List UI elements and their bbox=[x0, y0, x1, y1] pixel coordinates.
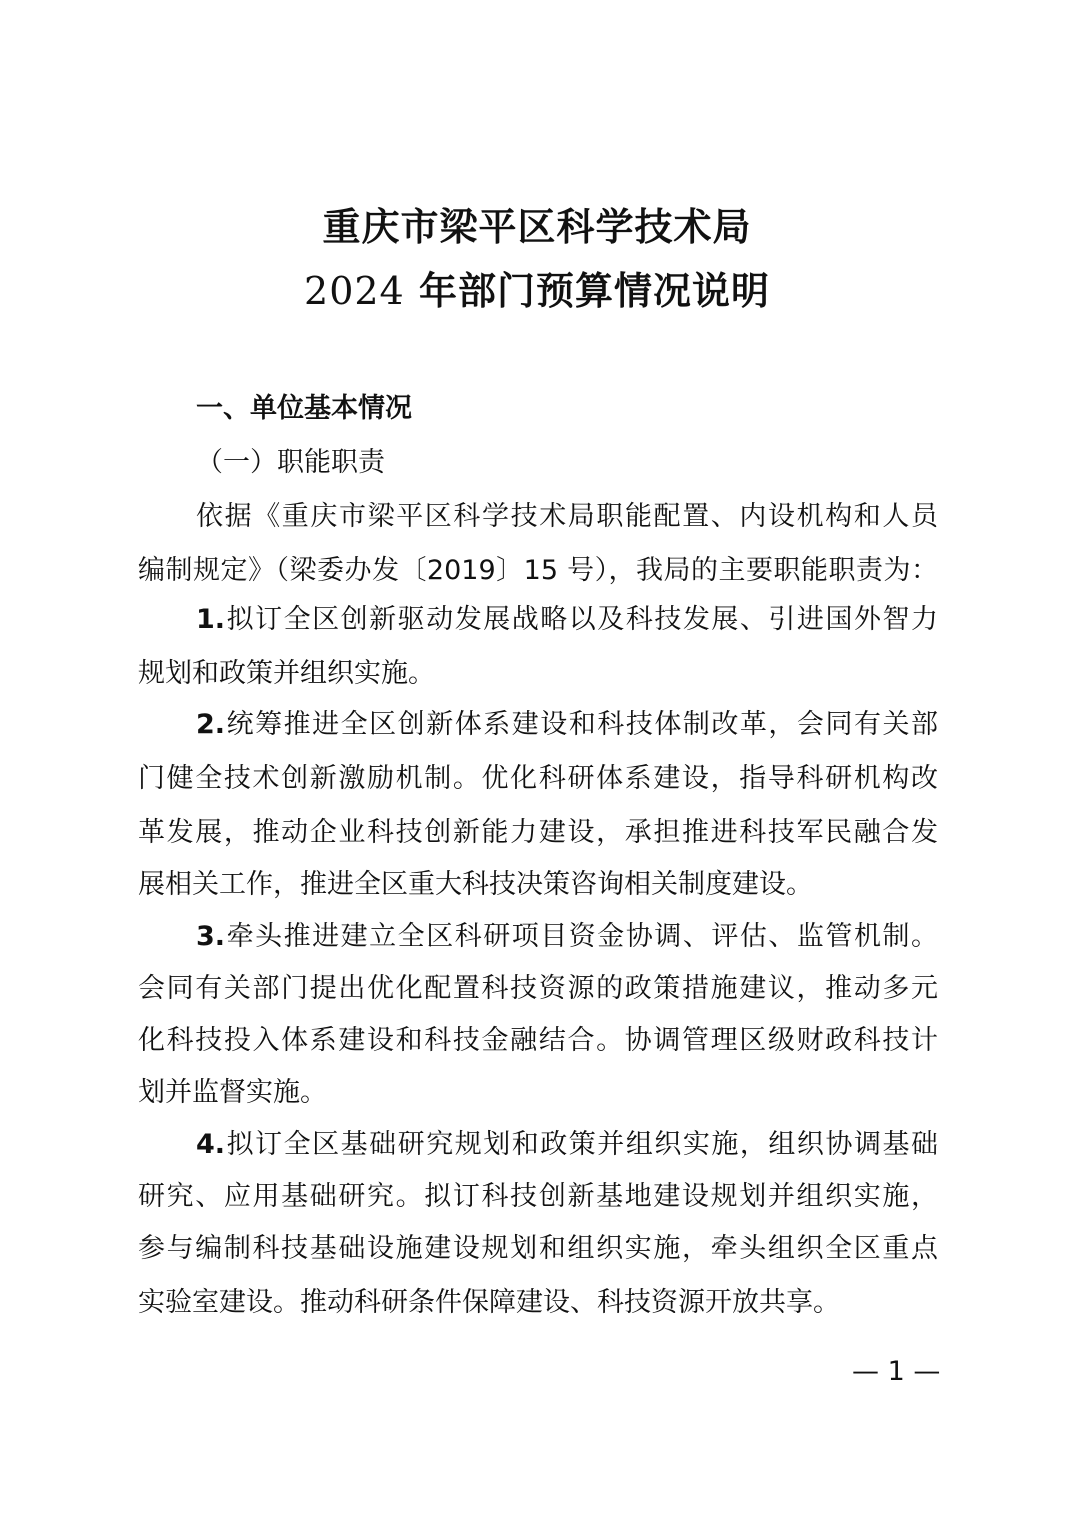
item-4-line: 4.拟订全区基础研究规划和政策并组织实施，组织协调基础 bbox=[196, 1128, 938, 1162]
paragraph-line: 展相关工作，推进全区重大科技决策咨询相关制度建设。 bbox=[138, 868, 938, 902]
paragraph-line: 门健全技术创新激励机制。优化科研体系建设，指导科研机构改 bbox=[138, 762, 938, 796]
paragraph-line: 参与编制科技基础设施建设规划和组织实施，牵头组织全区重点 bbox=[138, 1232, 938, 1266]
title-text: 年部门预算情况说明 bbox=[405, 268, 770, 313]
paragraph-line: 划并监督实施。 bbox=[138, 1076, 938, 1110]
document-title-line1: 重庆市梁平区科学技术局 bbox=[0, 196, 1074, 251]
item-number: 3. bbox=[196, 921, 225, 952]
paragraph-line: 依据《重庆市梁平区科学技术局职能配置、内设机构和人员 bbox=[196, 500, 938, 534]
item-number: 2. bbox=[196, 709, 225, 740]
paragraph-line: 革发展，推动企业科技创新能力建设，承担推进科技军民融合发 bbox=[138, 816, 938, 850]
section-heading: 一、单位基本情况 bbox=[196, 392, 938, 426]
item-3-line: 3.牵头推进建立全区科研项目资金协调、评估、监管机制。 bbox=[196, 920, 938, 954]
paragraph-line: 会同有关部门提出优化配置科技资源的政策措施建议，推动多元 bbox=[138, 972, 938, 1006]
paragraph-line: 规划和政策并组织实施。 bbox=[138, 657, 938, 691]
item-2-line: 2.统筹推进全区创新体系建设和科技体制改革，会同有关部 bbox=[196, 708, 938, 742]
title-year: 2024 bbox=[304, 269, 405, 313]
item-number: 1. bbox=[196, 604, 225, 635]
paragraph-line: 实验室建设。推动科研条件保障建设、科技资源开放共享。 bbox=[138, 1286, 938, 1320]
paragraph-line: 化科技投入体系建设和科技金融结合。协调管理区级财政科技计 bbox=[138, 1024, 938, 1058]
item-number: 4. bbox=[196, 1129, 225, 1160]
item-1-line: 1.拟订全区创新驱动发展战略以及科技发展、引进国外智力 bbox=[196, 603, 938, 637]
page-number: — 1 — bbox=[852, 1356, 940, 1387]
subsection-heading: （一）职能职责 bbox=[196, 446, 938, 480]
paragraph-line: 编制规定》（梁委办发〔2019〕15 号），我局的主要职能职责为： bbox=[138, 554, 938, 588]
paragraph-line: 研究、应用基础研究。拟订科技创新基地建设规划并组织实施， bbox=[138, 1180, 938, 1214]
document-title-line2: 2024 年部门预算情况说明 bbox=[0, 260, 1074, 315]
